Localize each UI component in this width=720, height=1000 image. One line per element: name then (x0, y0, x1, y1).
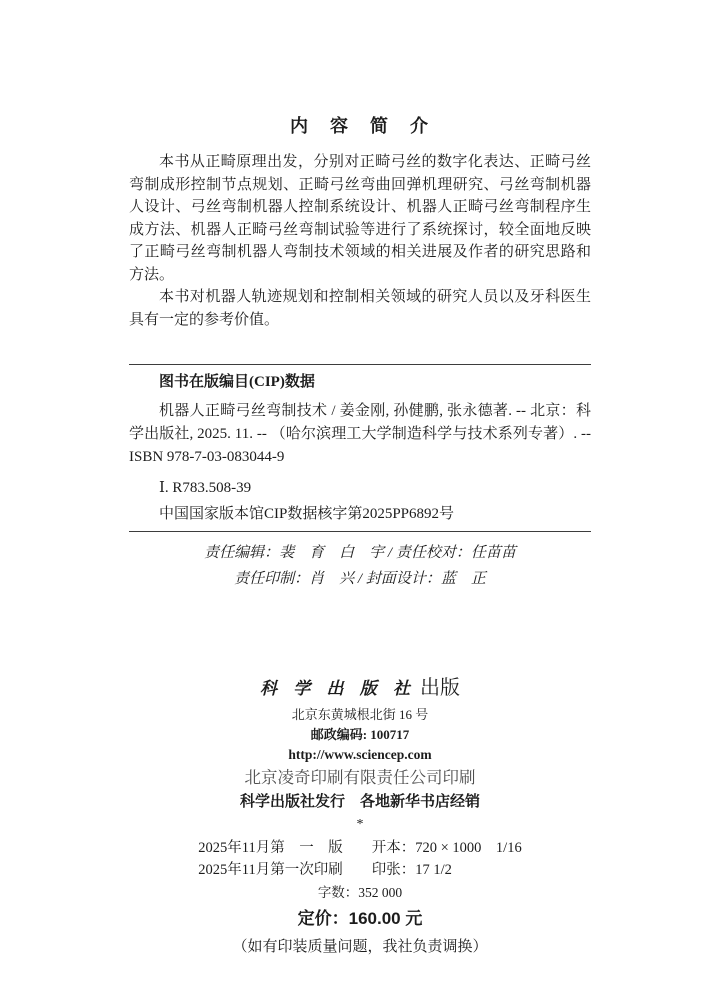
edition-line-2: 2025年11月第一次印刷 印张：17 1/2 (198, 859, 521, 881)
publisher-postcode: 邮政编码: 100717 (129, 726, 591, 743)
staff-line-editors: 责任编辑：裴 育 白 宇 / 责任校对：任苗苗 (129, 540, 591, 566)
cip-data-box: 图书在版编目(CIP)数据 机器人正畸弓丝弯制技术 / 姜金刚, 孙健鹏, 张永… (129, 364, 591, 532)
publisher-suffix: 出版 (420, 677, 460, 699)
publisher-address: 北京东黄城根北街 16 号 (129, 706, 591, 723)
quality-note: （如有印装质量问题，我社负责调换） (129, 937, 591, 958)
price: 定价：160.00 元 (129, 908, 591, 930)
cip-class-code: Ⅰ. R783.508-39 (129, 478, 591, 498)
staff-credits: 责任编辑：裴 育 白 宇 / 责任校对：任苗苗 责任印制：肖 兴 / 封面设计：… (129, 540, 591, 592)
copyright-page: 内 容 简 介 本书从正畸原理出发，分别对正畸弓丝的数字化表达、正畸弓丝弯制成形… (129, 0, 591, 958)
intro-paragraph-1: 本书从正畸原理出发，分别对正畸弓丝的数字化表达、正畸弓丝弯制成形控制节点规划、正… (129, 151, 591, 286)
staff-line-print-design: 责任印制：肖 兴 / 封面设计：蓝 正 (129, 566, 591, 592)
publisher-line: 科 学 出 版 社 出版 (129, 676, 591, 702)
word-count: 字数：352 000 (129, 884, 591, 902)
publisher-logo: 科 学 出 版 社 (260, 679, 416, 698)
distribution-line: 科学出版社发行 各地新华书店经销 (129, 792, 591, 813)
intro-paragraph-2: 本书对机器人轨迹规划和控制相关领域的研究人员以及牙科医生具有一定的参考价值。 (129, 286, 591, 331)
content-intro-paragraphs: 本书从正畸原理出发，分别对正畸弓丝的数字化表达、正畸弓丝弯制成形控制节点规划、正… (129, 151, 591, 331)
edition-info: 2025年11月第 一 版 开本：720 × 1000 1/16 2025年11… (198, 837, 521, 881)
colophon: 科 学 出 版 社 出版 北京东黄城根北街 16 号 邮政编码: 100717 … (129, 676, 591, 958)
publisher-website: http://www.sciencep.com (129, 746, 591, 763)
cip-record: 机器人正畸弓丝弯制技术 / 姜金刚, 孙健鹏, 张永德著. -- 北京：科学出版… (129, 400, 591, 469)
cip-heading: 图书在版编目(CIP)数据 (129, 373, 591, 391)
edition-line-1: 2025年11月第 一 版 开本：720 × 1000 1/16 (198, 837, 521, 859)
content-intro-title: 内 容 简 介 (129, 0, 591, 138)
cip-registry-number: 中国国家版本馆CIP数据核字第2025PP6892号 (129, 504, 591, 524)
divider-asterisk: * (129, 817, 591, 833)
printer-line: 北京凌奇印刷有限责任公司印刷 (129, 767, 591, 788)
